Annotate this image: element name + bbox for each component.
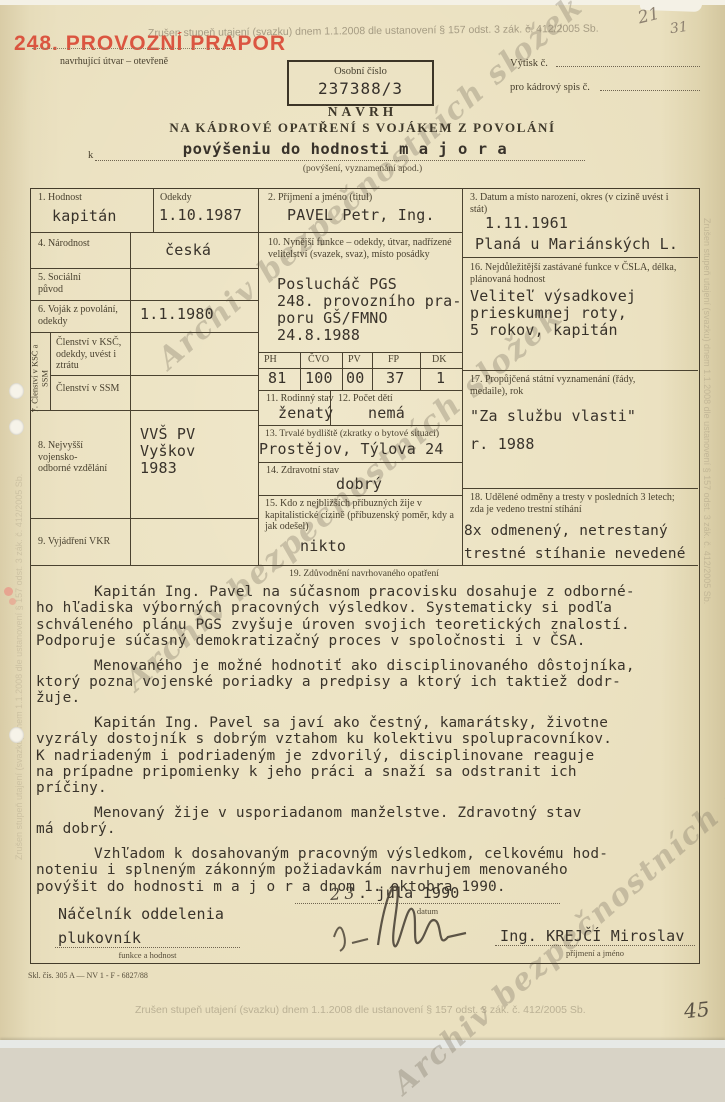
justification-text: Kapitán Ing. Pavel na súčasnom pracovisk… xyxy=(36,584,691,903)
handwritten-page-number: 45 xyxy=(683,997,711,1024)
field-10-value: Poslucháč PGS 248. provozního pra- poru … xyxy=(277,276,462,344)
scan-edge-bottom xyxy=(0,1040,725,1048)
justification-paragraph: Menovaný žije v usporiadanom manželstve.… xyxy=(36,805,691,838)
field-18-value: 8x odmenený, netrestaný trestné stíhanie… xyxy=(464,520,686,566)
field-9-label: 9. Vyjádření VKR xyxy=(38,536,128,548)
rule xyxy=(30,300,258,301)
field-13-label: 13. Trvalé bydliště (zkratky o bytové si… xyxy=(265,428,460,440)
field-10-label: 10. Nynější funkce – odekdy, útvar, nadř… xyxy=(268,237,453,260)
rule xyxy=(462,257,698,258)
cvo-header: ČVO xyxy=(308,354,329,366)
proposing-unit-label: navrhující útvar – otevřeně xyxy=(60,56,168,68)
rule xyxy=(30,410,258,411)
personal-number-box: Osobní číslo 237388/3 xyxy=(287,60,434,106)
rule xyxy=(30,268,258,269)
scanned-document-page: Archiv bezpečnostních složek Archiv bezp… xyxy=(0,0,725,1048)
field-15-label: 15. Kdo z nejbližších příbuzných žije v … xyxy=(265,498,457,533)
pink-mark xyxy=(4,587,13,596)
rule xyxy=(300,352,301,390)
form-number: Skl. čís. 305 A — NV 1 - F - 6827/88 xyxy=(28,970,148,982)
rule xyxy=(30,332,258,333)
name-caption: příjmení a jméno xyxy=(495,948,695,958)
k-label: k xyxy=(88,150,93,162)
field-1-label: 1. Hodnost xyxy=(38,192,82,204)
form-title: NÁVRH xyxy=(0,106,725,118)
rule xyxy=(30,518,258,519)
unit-stamp: 248. PROVOZNÍ PRAPOR xyxy=(14,32,286,56)
field-7-strip-label: 7. Členství v KSČ a SSM xyxy=(31,337,50,421)
field-17-value: "Za službu vlasti" r. 1988 xyxy=(470,402,636,458)
signature xyxy=(320,875,500,965)
rule xyxy=(50,375,258,376)
rule xyxy=(462,370,698,371)
field-18-label: 18. Udělené odměny a tresty v posledních… xyxy=(470,492,682,515)
field-1-value: kapitán xyxy=(52,208,117,225)
rule xyxy=(50,332,51,410)
form-subtitle: NA KÁDROVÉ OPATŘENÍ S VOJÁKEM Z POVOLÁNÍ xyxy=(0,122,725,134)
dotted-line xyxy=(600,90,700,91)
rule xyxy=(153,188,154,232)
punch-hole xyxy=(9,727,24,743)
field-17-label: 17. Propůjčená státní vyznamenání (řády,… xyxy=(470,374,670,397)
field-12-label: 12. Počet dětí xyxy=(338,393,393,405)
field-1b-label: Odekdy xyxy=(160,192,192,204)
dk-header: DK xyxy=(432,354,446,366)
field-7-row2-label: Členství v SSM xyxy=(56,383,124,395)
rule xyxy=(420,352,421,390)
dotted-line xyxy=(55,947,240,948)
rule xyxy=(258,495,462,496)
field-4-value: česká xyxy=(165,242,211,259)
justification-label: 19. Zdůvodnění navrhovaného opatření xyxy=(30,569,698,581)
justification-paragraph: Menovaného je možné hodnotiť ako discipl… xyxy=(36,658,691,707)
field-15-value: nikto xyxy=(300,538,346,555)
declassification-stamp-right: Zrušen stupeň utajení (svazku) dnem 1.1.… xyxy=(702,218,712,604)
purpose-typed-value: povýšeniu do hodnosti m a j o r a xyxy=(95,141,595,158)
rule xyxy=(342,352,343,390)
rule xyxy=(258,462,462,463)
field-3-value1: 1.11.1961 xyxy=(485,215,568,232)
field-7-row1-label: Členství v KSČ, odekdy, uvést i ztrátu xyxy=(56,337,124,372)
fp-header: FP xyxy=(388,354,399,366)
approver-name: Ing. KREJČÍ Miroslav xyxy=(500,928,685,945)
handwritten-number: 21 xyxy=(636,4,662,29)
field-5-label: 5. Sociální původ xyxy=(38,272,98,295)
field-4-label: 4. Národnost xyxy=(38,238,123,250)
rule xyxy=(30,232,462,233)
dk-value: 1 xyxy=(436,370,445,387)
punch-hole xyxy=(9,383,24,399)
field-3-value2: Planá u Mariánských L. xyxy=(475,236,678,253)
field-8-value: VVŠ PV Vyškov 1983 xyxy=(140,426,195,477)
pv-value: 00 xyxy=(346,370,364,387)
cadre-file-label: pro kádrový spis č. xyxy=(510,82,590,94)
dotted-line xyxy=(556,66,700,67)
field-1b-value: 1.10.1987 xyxy=(159,207,242,224)
pv-header: PV xyxy=(348,354,361,366)
rule xyxy=(130,232,131,565)
field-16-value: Veliteľ výsadkovej prieskumnej roty, 5 r… xyxy=(470,288,636,339)
cvo-value: 100 xyxy=(305,370,333,387)
field-13-value: Prostějov, Týlova 24 xyxy=(259,441,444,458)
field-14-value: dobrý xyxy=(336,476,382,493)
field-3-label: 3. Datum a místo narození, okres (v cizi… xyxy=(470,192,682,215)
field-11-value: ženatý xyxy=(278,405,333,422)
ph-value: 81 xyxy=(268,370,286,387)
rule xyxy=(258,188,259,565)
field-8-label: 8. Nejvyšší vojensko-odborné vzdělání xyxy=(38,440,110,475)
field-12-value: nemá xyxy=(368,405,405,422)
fp-value: 37 xyxy=(386,370,404,387)
field-16-label: 16. Nejdůležitější zastávané funkce v ČS… xyxy=(470,262,682,285)
dotted-line xyxy=(32,48,232,49)
dotted-line xyxy=(495,945,695,946)
pink-mark xyxy=(9,598,16,605)
field-11-label: 11. Rodinný stav xyxy=(266,393,334,405)
justification-paragraph: Kapitán Ing. Pavel sa javí ako čestný, k… xyxy=(36,715,691,797)
rule xyxy=(462,488,698,489)
position-line1: Náčelník oddelenia xyxy=(58,906,224,923)
position-caption: funkce a hodnost xyxy=(55,950,240,960)
handwritten-number: 31 xyxy=(669,19,689,37)
field-2-value: PAVEL Petr, Ing. xyxy=(287,207,435,224)
personal-number-label: Osobní číslo xyxy=(289,66,432,77)
declassification-stamp-bottom: Zrušen stupeň utajení (svazku) dnem 1.1.… xyxy=(135,1004,586,1016)
dotted-line xyxy=(95,160,585,161)
field-14-label: 14. Zdravotní stav xyxy=(266,465,339,477)
ph-header: PH xyxy=(264,354,277,366)
justification-paragraph: Kapitán Ing. Pavel na súčasnom pracovisk… xyxy=(36,584,691,650)
rule xyxy=(258,390,462,391)
rule xyxy=(372,352,373,390)
copy-number-label: Výtisk č. xyxy=(510,58,548,70)
declassification-stamp-left: Zrušen stupeň utajení (svazku) dnem 1.1.… xyxy=(14,474,24,860)
field-2-label: 2. Příjmení a jméno (titul) xyxy=(268,192,372,204)
purpose-caption: (povýšení, vyznamenání apod.) xyxy=(0,164,725,176)
rule xyxy=(258,425,462,426)
position-line2: plukovník xyxy=(58,930,141,947)
field-6-value: 1.1.1980 xyxy=(140,306,214,323)
scan-edge-top xyxy=(0,0,725,5)
field-6-label: 6. Voják z povolání, odekdy xyxy=(38,304,118,327)
rule xyxy=(462,188,463,565)
punch-hole xyxy=(9,419,24,435)
personal-number-value: 237388/3 xyxy=(289,79,432,98)
